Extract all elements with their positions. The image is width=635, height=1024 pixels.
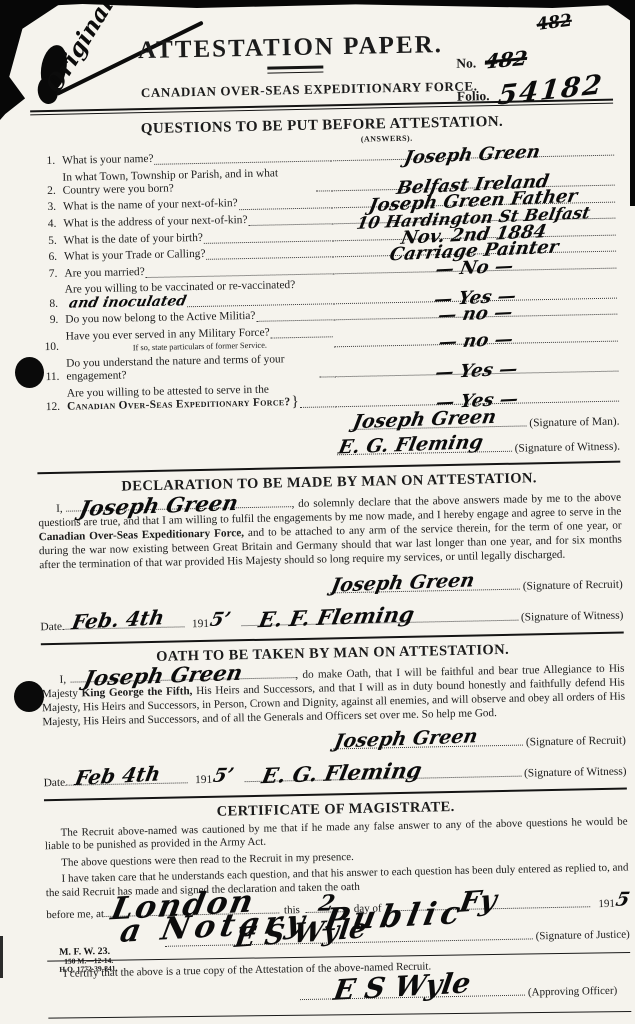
question-text: In what Town, Township or Parish, and in…	[62, 166, 314, 197]
question-text: What is your Trade or Calling?	[64, 248, 206, 264]
date-label: Date	[40, 620, 62, 632]
handwritten-signature: Joseph Green	[351, 406, 498, 433]
dotted-leader	[146, 271, 332, 278]
handwritten-year-digit: 5	[614, 888, 632, 910]
before-me-label: before me, at	[46, 908, 104, 921]
hole-punch	[15, 357, 44, 388]
handwritten-signature: E. G. Fleming	[260, 757, 424, 788]
signature-of-witness-row: E. G. Fleming (Signature of Witness).	[37, 434, 620, 465]
handwritten-date: Feb 4th	[73, 761, 162, 790]
no-label: No.	[456, 55, 476, 71]
handwritten-signature: Joseph Green	[332, 725, 479, 752]
dotted-leader	[257, 318, 333, 323]
title-underline	[267, 65, 323, 73]
closing-brace: }	[291, 396, 298, 409]
year-prefix: 191	[195, 774, 212, 786]
oath-date-row: Date Feb 4th 1915’ E. G. Fleming (Signat…	[43, 757, 626, 791]
question-number: 6.	[33, 251, 64, 265]
scan-edge-bottom-left	[0, 936, 3, 978]
document: Original 482 ATTESTATION PAPER. No. 482 …	[0, 0, 635, 1024]
question-number: 8.	[34, 297, 65, 311]
struck-number-value: 482	[483, 46, 528, 74]
handwritten-answer: — no —	[437, 306, 513, 323]
question-number: 4.	[32, 218, 63, 232]
question-text: What is the address of your next-of-kin?	[63, 214, 247, 231]
date-label: Date	[44, 777, 66, 789]
signature-label: (Signature of Recruit)	[526, 734, 626, 748]
handwritten-signature: E S Wyle	[331, 966, 473, 1007]
questions-list: 1. What is your name? Joseph Green 2. In…	[31, 144, 620, 465]
signature-line: Joseph Green	[351, 410, 526, 430]
declaration-section: DECLARATION TO BE MADE BY MAN ON ATTESTA…	[38, 469, 624, 635]
signature-line: Joseph Green	[330, 572, 520, 593]
dotted-leader	[271, 334, 333, 338]
signature-line: E S Wyle	[300, 982, 525, 1001]
handwritten-date: Feb. 4th	[69, 605, 165, 634]
dotted-leader	[239, 205, 330, 210]
declaration-paragraph: I, Joseph Green, do solemnly declare tha…	[38, 491, 622, 573]
dotted-leader	[316, 188, 330, 191]
handwritten-signature: E. G. Fleming	[336, 431, 484, 458]
question-number: 12.	[36, 401, 67, 415]
signature-label: (Approving Officer)	[528, 985, 618, 999]
hq-reference: H.Q. 1772-39-841.	[59, 965, 117, 974]
handwritten-name: Joseph Green	[79, 496, 240, 516]
year-prefix: 191	[192, 617, 209, 629]
question-number: 5.	[33, 234, 64, 248]
signature-label: (Signature of Recruit)	[523, 578, 623, 592]
header: 482 ATTESTATION PAPER. No. 482 Folio. 54…	[29, 28, 613, 104]
date-blank: Feb. 4th	[62, 616, 184, 629]
question-text: What is the name of your next-of-kin?	[63, 198, 238, 215]
form-number-footer: M. F. W. 23. 150 M.—12-14. H.Q. 1772-39-…	[59, 946, 117, 975]
folio-label: Folio.	[457, 88, 490, 105]
signature-line: Joseph Green	[333, 728, 523, 749]
folio-handwritten-value: 54182	[496, 69, 605, 111]
handwritten-inline-note: and inoculated	[68, 295, 188, 311]
hole-punch	[14, 681, 44, 712]
handwritten-signature: Joseph Green	[329, 569, 476, 596]
handwritten-answer: — no —	[438, 333, 514, 350]
signature-label: (Signature of Witness).	[515, 441, 621, 455]
dotted-leader	[300, 404, 334, 408]
certificate-section: CERTIFICATE OF MAGISTRATE. The Recruit a…	[44, 795, 631, 1021]
question-number: 3.	[32, 201, 63, 215]
question-text: What is the date of your birth?	[64, 231, 203, 247]
question-number: 2.	[32, 184, 63, 198]
dotted-leader	[187, 301, 332, 307]
question-text: Are you married?	[64, 266, 145, 281]
date-blank: Feb 4th	[65, 772, 187, 785]
number-folio-block: No. 482 Folio. 54182	[456, 46, 609, 112]
dotted-leader	[249, 222, 331, 227]
question-number: 1.	[31, 155, 62, 169]
dotted-leader	[207, 255, 332, 260]
handwritten-year-digit: 5’	[211, 764, 235, 786]
signature-label: (Signature of Man).	[529, 416, 619, 430]
question-text: Do you now belong to the Active Militia?	[65, 310, 255, 327]
name-blank: Joseph Green	[66, 497, 291, 512]
approving-officer-row: E S Wyle (Approving Officer)	[48, 979, 631, 1008]
declaration-date-row: Date Feb. 4th 1915’ E. F. Fleming (Signa…	[40, 601, 623, 635]
scan-edge-right	[630, 0, 635, 206]
paper-background: Original 482 ATTESTATION PAPER. No. 482 …	[0, 0, 635, 1024]
handwritten-year-digit: 5’	[208, 608, 232, 630]
handwritten-answer: — Yes —	[434, 363, 518, 380]
question-number: 7.	[33, 267, 64, 281]
oath-section: OATH TO BE TAKEN BY MAN ON ATTESTATION. …	[41, 639, 627, 791]
signature-line: E. G. Fleming	[336, 436, 511, 456]
dotted-leader	[155, 159, 330, 166]
i-label: I,	[59, 673, 66, 685]
dotted-leader	[319, 375, 333, 378]
scanned-attestation-paper: { "scan": { "original_note": "Original",…	[0, 0, 635, 1024]
year-prefix: 191	[598, 898, 615, 910]
signature-of-recruit-row: Joseph Green (Signature of Recruit)	[40, 570, 623, 602]
question-number: 9.	[34, 314, 65, 328]
handwritten-name: Joseph Green	[83, 666, 244, 686]
signature-label: (Signature of Witness)	[521, 609, 624, 623]
i-label: I,	[56, 503, 63, 515]
witness-blank: E. F. Fleming	[242, 609, 518, 626]
dotted-leader	[204, 238, 331, 244]
question-text: Do you understand the nature and terms o…	[66, 352, 318, 383]
oath-paragraph: I, Joseph Green, do make Oath, that I wi…	[41, 661, 625, 729]
question-number: 10.	[35, 341, 66, 355]
question-text: What is your name?	[62, 153, 154, 168]
thin-divider	[48, 1011, 631, 1019]
signature-of-recruit-row: Joseph Green (Signature of Recruit)	[43, 726, 626, 758]
signature-label: (Signature of Witness)	[524, 765, 627, 779]
name-blank: Joseph Green	[70, 668, 295, 683]
signature-label: (Signature of Justice)	[536, 928, 630, 942]
witness-blank: E. G. Fleming	[245, 766, 521, 783]
handwritten-signature: E. F. Fleming	[257, 601, 417, 632]
handwritten-answer: — No —	[434, 259, 514, 276]
handwritten-answer: Joseph Green	[403, 145, 541, 165]
